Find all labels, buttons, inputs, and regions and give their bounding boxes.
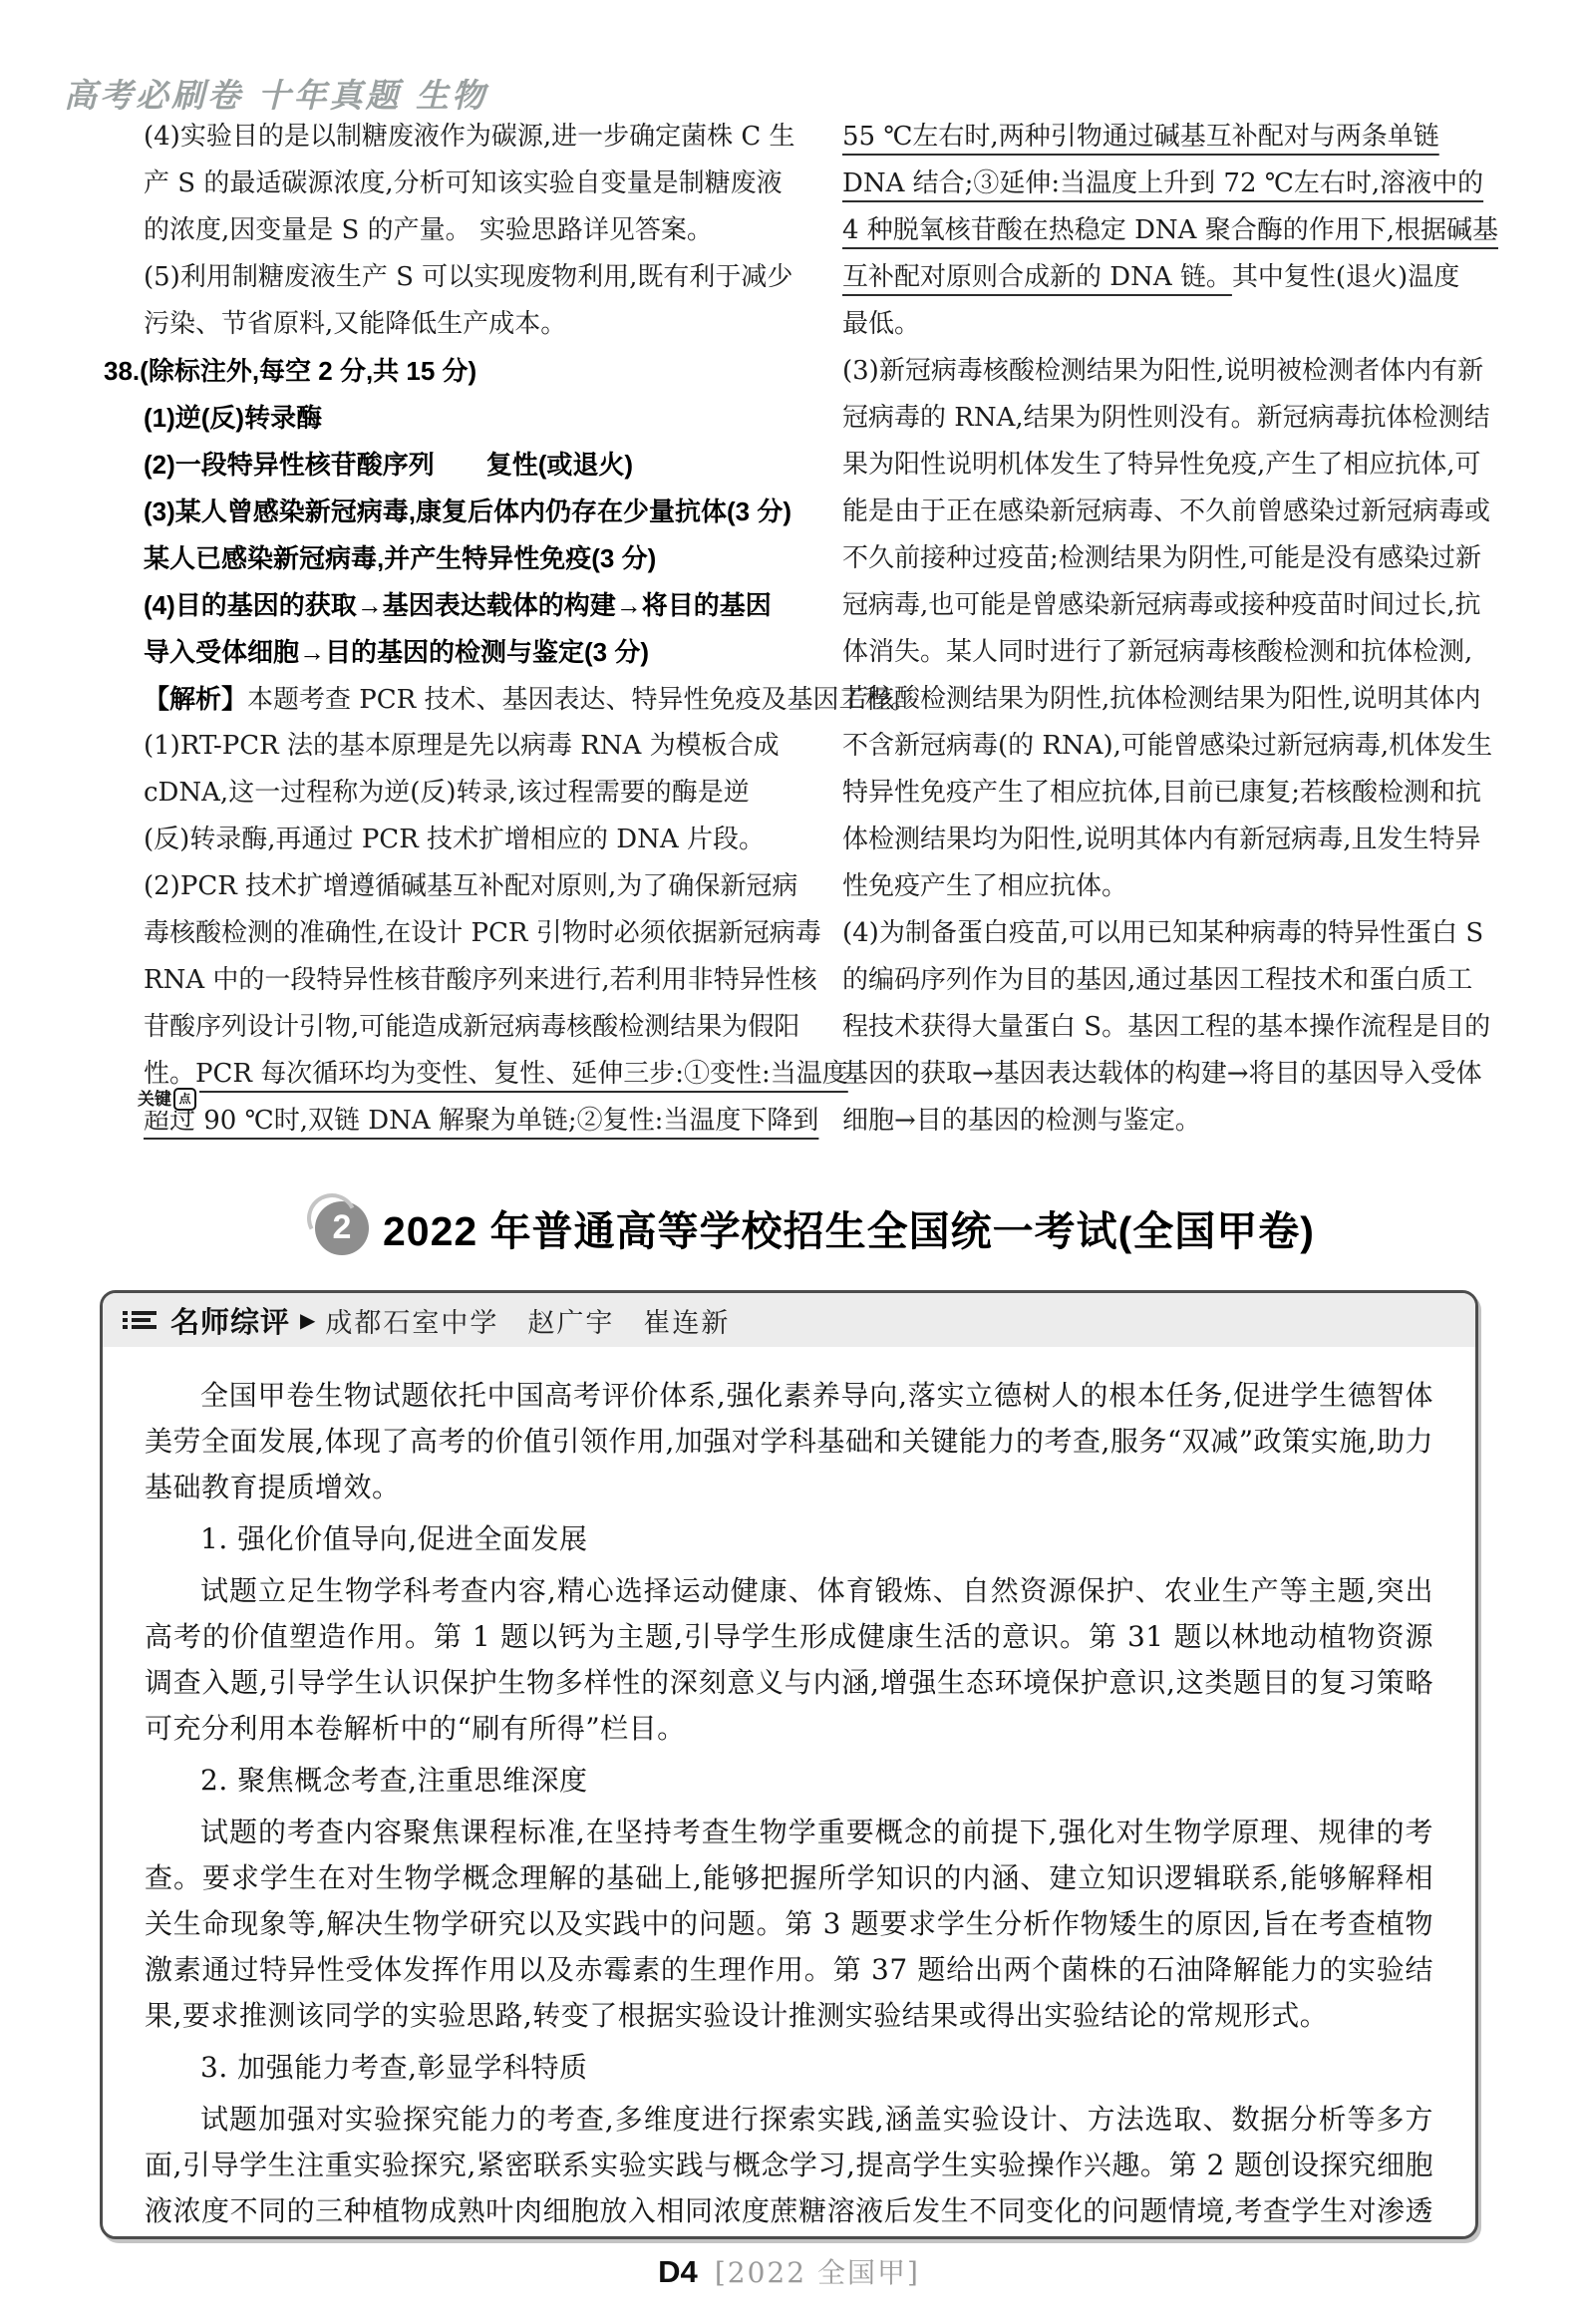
text-line: 体消失。某人同时进行了新冠病毒核酸检测和抗体检测,	[842, 629, 1530, 676]
text-line: (4)目的基因的获取→基因表达载体的构建→将目的基因	[104, 582, 750, 629]
answer-page: { "page": { "brand": "高考必刷卷 十年真题 生物" }, …	[0, 0, 1578, 2324]
review-paragraph: 试题立足生物学科考查内容,精心选择运动健康、体育锻炼、自然资源保护、农业生产等主…	[145, 1568, 1433, 1752]
section-heading: 2 2022 年普通高等学校招生全国统一考试(全国甲卷)	[315, 1198, 1315, 1257]
text-line: 最低。	[842, 301, 1530, 348]
text-line: 【解析】本题考查 PCR 技术、基因表达、特异性免疫及基因工程。	[104, 676, 750, 723]
text-line: 某人已感染新冠病毒,并产生特异性免疫(3 分)	[104, 535, 750, 582]
section-title: 2022 年普通高等学校招生全国统一考试(全国甲卷)	[383, 1198, 1315, 1257]
review-paragraph: 试题的考查内容聚焦课程标准,在坚持考查生物学重要概念的前提下,强化对生物学原理、…	[145, 1810, 1433, 2039]
text-line: 55 ℃左右时,两种引物通过碱基互补配对与两条单链	[842, 114, 1530, 161]
text-line: (2)PCR 技术扩增遵循碱基互补配对原则,为了确保新冠病	[104, 863, 750, 910]
text-line: 不久前接种过疫苗;检测结果为阴性,可能是没有感染过新	[842, 535, 1530, 582]
text-line: 冠病毒,也可能是曾感染新冠病毒或接种疫苗时间过长,抗	[842, 582, 1530, 629]
review-subheading: 1. 强化价值导向,促进全面发展	[145, 1516, 1433, 1562]
text-line: cDNA,这一过程称为逆(反)转录,该过程需要的酶是逆	[104, 770, 750, 817]
text-line: (1)RT-PCR 法的基本原理是先以病毒 RNA 为模板合成	[104, 723, 750, 770]
answers-right-column: 55 ℃左右时,两种引物通过碱基互补配对与两条单链DNA 结合;③延伸:当温度上…	[842, 114, 1530, 1145]
text-line: 能是由于正在感染新冠病毒、不久前曾感染过新冠病毒或	[842, 489, 1530, 535]
text-line: 程技术获得大量蛋白 S。基因工程的基本操作流程是目的	[842, 1004, 1530, 1051]
page-footer: D4 [2022 全国甲]	[0, 2251, 1578, 2291]
text-line: 38.(除标注外,每空 2 分,共 15 分)	[104, 348, 750, 395]
text-line: (反)转录酶,再通过 PCR 技术扩增相应的 DNA 片段。	[104, 817, 750, 863]
review-subheading: 2. 聚焦概念考查,注重思维深度	[145, 1758, 1433, 1804]
text-line: 毒核酸检测的准确性,在设计 PCR 引物时必须依据新冠病毒	[104, 910, 750, 957]
triangle-right-icon: ▶	[300, 1308, 315, 1332]
review-subheading: 3. 加强能力考查,彰显学科特质	[145, 2045, 1433, 2091]
text-line: 导入受体细胞→目的基因的检测与鉴定(3 分)	[104, 629, 750, 676]
text-line: 不含新冠病毒(的 RNA),可能曾感染过新冠病毒,机体发生	[842, 723, 1530, 770]
text-line: (2)一段特异性核苷酸序列 复性(或退火)	[104, 442, 750, 489]
section-number-badge: 2	[315, 1201, 369, 1255]
text-line: 冠病毒的 RNA,结果为阴性则没有。新冠病毒抗体检测结	[842, 395, 1530, 442]
text-line: 污染、节省原料,又能降低生产成本。	[104, 301, 750, 348]
text-line: 互补配对原则合成新的 DNA 链。其中复性(退火)温度	[842, 254, 1530, 301]
text-line: 超过 90 ℃时,双链 DNA 解聚为单链;②复性:当温度下降到	[104, 1098, 750, 1145]
text-line: RNA 中的一段特异性核苷酸序列来进行,若利用非特异性核	[104, 957, 750, 1004]
list-icon	[123, 1306, 158, 1334]
text-line: (3)某人曾感染新冠病毒,康复后体内仍存在少量抗体(3 分)	[104, 489, 750, 535]
review-box-body: 全国甲卷生物试题依托中国高考评价体系,强化素养导向,落实立德树人的根本任务,促进…	[103, 1347, 1475, 2239]
text-line: (4)为制备蛋白疫苗,可以用已知某种病毒的特异性蛋白 S	[842, 910, 1530, 957]
answers-left-column: (4)实验目的是以制糖废液作为碳源,进一步确定菌株 C 生产 S 的最适碳源浓度…	[104, 114, 750, 1145]
page-footer-label: [2022 全国甲]	[715, 2256, 920, 2289]
text-line: 若核酸检测结果为阴性,抗体检测结果为阳性,说明其体内	[842, 676, 1530, 723]
text-line: 性。PCR 每次循环均为变性、复性、延伸三步:①变性:当温度关键点	[104, 1051, 750, 1098]
text-line: 的编码序列作为目的基因,通过基因工程技术和蛋白质工	[842, 957, 1530, 1004]
review-box-title: 名师综评	[170, 1300, 290, 1341]
text-line: (5)利用制糖废液生产 S 可以实现废物利用,既有利于减少	[104, 254, 750, 301]
book-brand-title: 高考必刷卷 十年真题 生物	[64, 70, 487, 117]
review-paragraph: 全国甲卷生物试题依托中国高考评价体系,强化素养导向,落实立德树人的根本任务,促进…	[145, 1373, 1433, 1510]
text-line: 体检测结果均为阳性,说明其体内有新冠病毒,且发生特异	[842, 817, 1530, 863]
text-line: DNA 结合;③延伸:当温度上升到 72 ℃左右时,溶液中的	[842, 161, 1530, 207]
text-line: 性免疫产生了相应抗体。	[842, 863, 1530, 910]
review-box-header: 名师综评 ▶ 成都石室中学 赵广宇 崔连新	[103, 1293, 1475, 1347]
review-paragraph: 试题加强对实验探究能力的考查,多维度进行探索实践,涵盖实验设计、方法选取、数据分…	[145, 2097, 1433, 2239]
text-line: 苷酸序列设计引物,可能造成新冠病毒核酸检测结果为假阳	[104, 1004, 750, 1051]
text-line: 4 种脱氧核苷酸在热稳定 DNA 聚合酶的作用下,根据碱基	[842, 207, 1530, 254]
text-line: (4)实验目的是以制糖废液作为碳源,进一步确定菌株 C 生	[104, 114, 750, 161]
text-line: 的浓度,因变量是 S 的产量。 实验思路详见答案。	[104, 207, 750, 254]
text-line: 产 S 的最适碳源浓度,分析可知该实验自变量是制糖废液	[104, 161, 750, 207]
text-line: (1)逆(反)转录酶	[104, 395, 750, 442]
text-line: 特异性免疫产生了相应抗体,目前已康复;若核酸检测和抗	[842, 770, 1530, 817]
text-line: (3)新冠病毒核酸检测结果为阳性,说明被检测者体内有新	[842, 348, 1530, 395]
review-byline: 成都石室中学 赵广宇 崔连新	[325, 1301, 730, 1340]
text-line: 基因的获取→基因表达载体的构建→将目的基因导入受体	[842, 1051, 1530, 1098]
key-point-icon: 关键点	[138, 1088, 199, 1111]
text-line: 果为阳性说明机体发生了特异性免疫,产生了相应抗体,可	[842, 442, 1530, 489]
page-number: D4	[658, 2254, 698, 2289]
text-line: 细胞→目的基因的检测与鉴定。	[842, 1098, 1530, 1145]
teacher-review-box: 名师综评 ▶ 成都石室中学 赵广宇 崔连新 全国甲卷生物试题依托中国高考评价体系…	[100, 1290, 1478, 2239]
